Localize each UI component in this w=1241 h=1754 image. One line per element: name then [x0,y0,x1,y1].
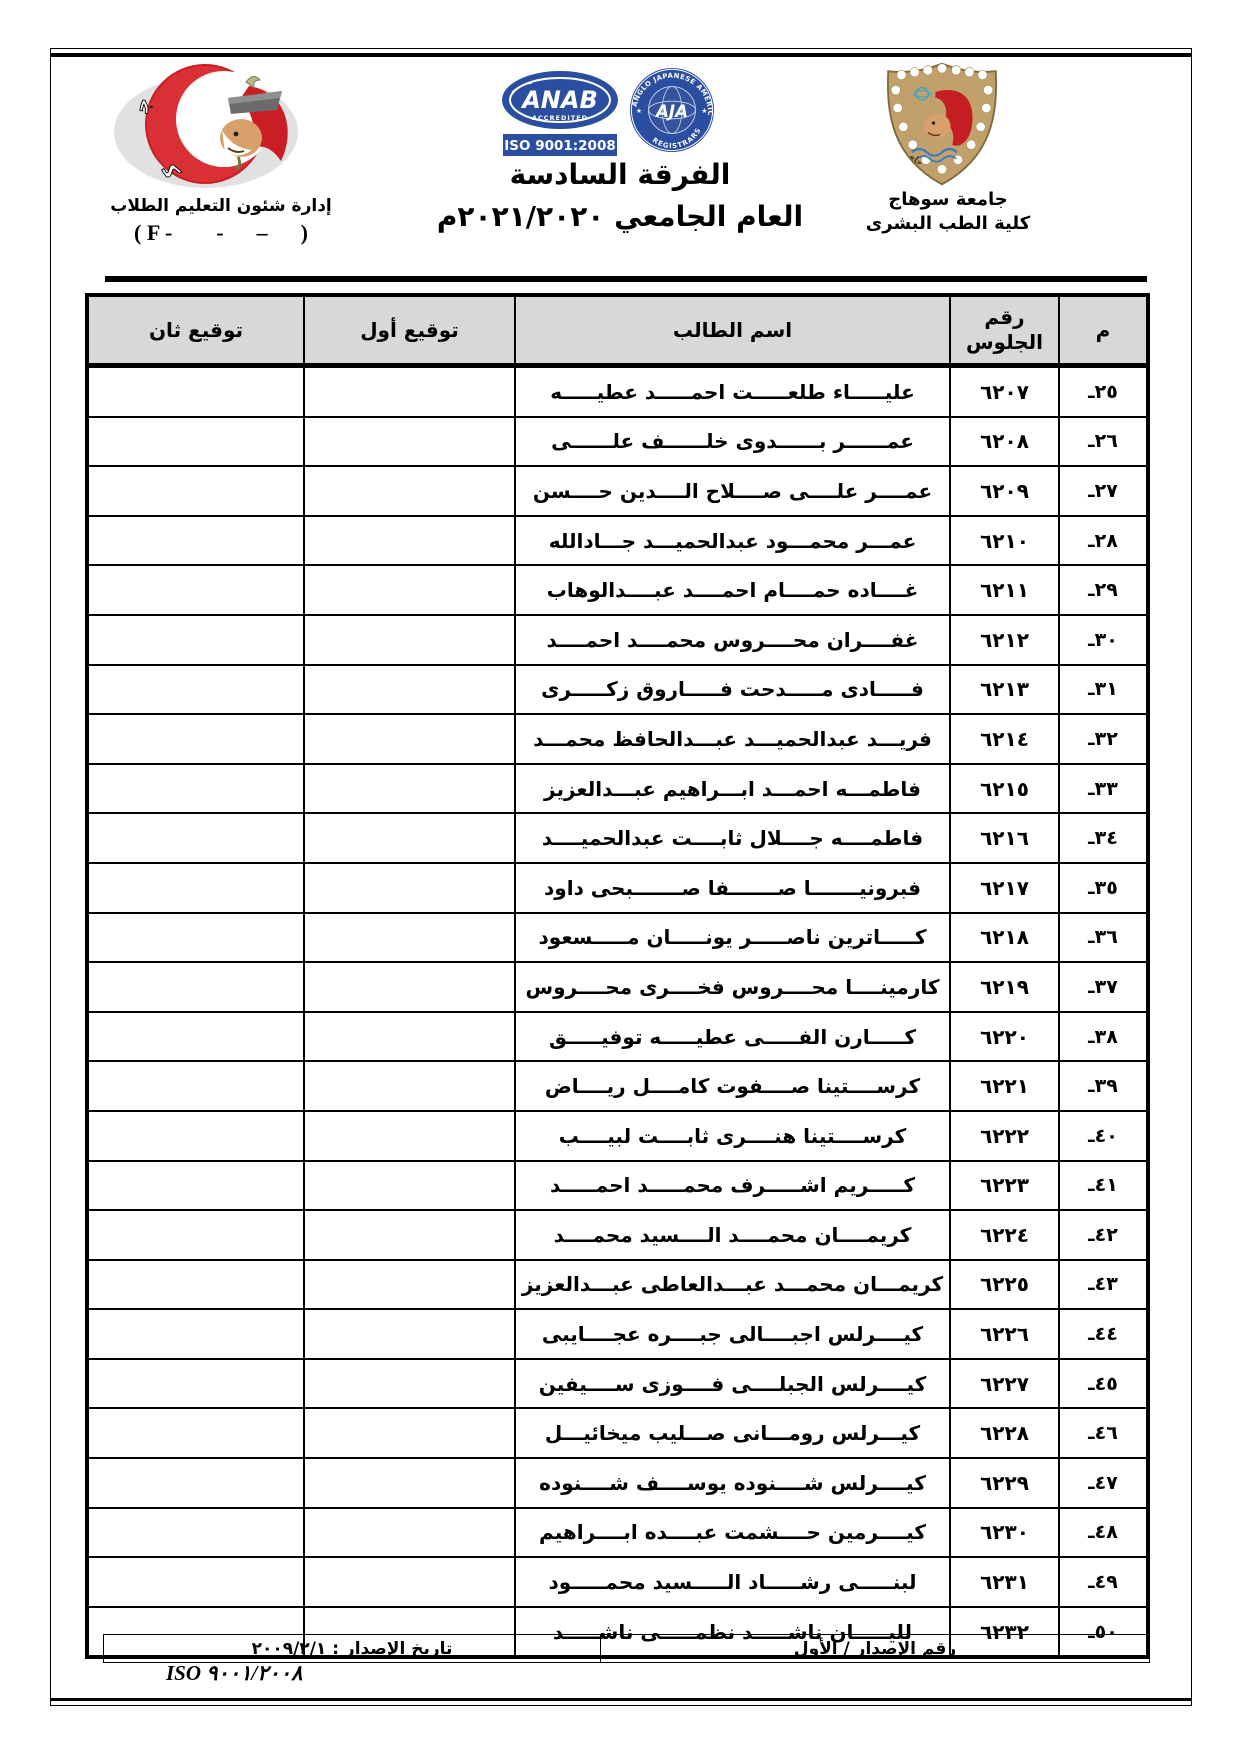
name-cell: فريـــد عبدالحميـــد عبـــدالحافظ محمـــ… [515,714,950,764]
col-header-index: م [1059,295,1148,366]
seat-cell: ٦٢٢٢ [950,1111,1059,1161]
sig2-cell [87,1260,304,1310]
table-header-row: م رقم الجلوس اسم الطالب توقيع أول توقيع … [87,295,1148,366]
index-cell: ٤٦ـ [1059,1408,1148,1458]
seat-cell: ٦٢١٧ [950,863,1059,913]
name-cell: كارمينــــا محــــروس فخــــرى محــــروس [515,962,950,1012]
table-row: ٢٥ـ٦٢٠٧عليـــــاء طلعـــــت احمـــــد عط… [87,366,1148,417]
sig1-cell [304,1161,515,1211]
sig2-cell [87,1309,304,1359]
sig2-cell [87,366,304,417]
sig2-cell [87,417,304,467]
sig2-cell [87,1161,304,1211]
sig2-cell [87,863,304,913]
sig2-cell [87,1458,304,1508]
sig2-cell [87,1012,304,1062]
anab-iso-label: ISO 9001:2008 [504,138,615,154]
seat-cell: ٦٢٢٧ [950,1359,1059,1409]
col-header-seat-number: رقم الجلوس [950,295,1059,366]
seat-cell: ٦٢١١ [950,565,1059,615]
name-cell: كيــــرلس اجبــــالى جبــــره عجــــايبى [515,1309,950,1359]
index-cell: ٤١ـ [1059,1161,1148,1211]
seat-cell: ٦٢٠٩ [950,466,1059,516]
seat-cell: ٦٢٠٨ [950,417,1059,467]
index-cell: ٣٨ـ [1059,1012,1148,1062]
sig1-cell [304,1458,515,1508]
table-row: ٣٥ـ٦٢١٧فبرونيـــــــا صـــــــفا صــــــ… [87,863,1148,913]
name-cell: كيـــرلس رومـــانى صـــليب ميخائيـــل [515,1408,950,1458]
seat-cell: ٦٢٣١ [950,1557,1059,1607]
sig1-cell [304,615,515,665]
sig2-cell [87,714,304,764]
table-row: ٣٢ـ٦٢١٤فريـــد عبدالحميـــد عبـــدالحافظ… [87,714,1148,764]
seat-cell: ٦٢١٢ [950,615,1059,665]
name-cell: غــــاده حمــــام احمــــد عبــــدالوهاب [515,565,950,615]
sig1-cell [304,1061,515,1111]
svg-text:★: ★ [636,107,642,115]
sig1-cell [304,714,515,764]
name-cell: فاطمــــه جــــلال ثابــــت عبدالحميــــ… [515,813,950,863]
index-cell: ٢٨ـ [1059,516,1148,566]
index-cell: ٤٩ـ [1059,1557,1148,1607]
index-cell: ٤٧ـ [1059,1458,1148,1508]
name-cell: كـــــارن الفـــــى عطيـــــه توفيـــــق [515,1012,950,1062]
index-cell: ٤٢ـ [1059,1210,1148,1260]
name-cell: كـــــريم اشـــــرف محمـــــد احمـــــد [515,1161,950,1211]
seat-cell: ٦٢٢٤ [950,1210,1059,1260]
grade-title: الفرقة السادسة [420,158,820,191]
name-cell: كـــــاترين ناصـــــر يونـــــان مـــــس… [515,913,950,963]
faculty-name: كلية الطب البشرى [858,212,1038,236]
index-cell: ٣٥ـ [1059,863,1148,913]
index-cell: ٤٨ـ [1059,1508,1148,1558]
name-cell: غفــــران محــــروس محمــــد احمــــد [515,615,950,665]
sig1-cell [304,1260,515,1310]
seat-cell: ٦٢١٣ [950,665,1059,715]
sig2-cell [87,665,304,715]
seat-cell: ٦٢١٠ [950,516,1059,566]
seat-cell: ٦٢١٨ [950,913,1059,963]
sig2-cell [87,1061,304,1111]
footer-table: رقم الإصدار / الأول تاريخ الإصدار : ٢٠٠٩… [103,1634,1150,1663]
index-cell: ٤٤ـ [1059,1309,1148,1359]
sig1-cell [304,366,515,417]
sig1-cell [304,665,515,715]
table-row: ٤٢ـ٦٢٢٤كريمــــان محمــــد الــــسيد محم… [87,1210,1148,1260]
index-cell: ٤٠ـ [1059,1111,1148,1161]
table-row: ٤٦ـ٦٢٢٨كيـــرلس رومـــانى صـــليب ميخائي… [87,1408,1148,1458]
name-cell: كيــــرلس شــــنوده يوســــف شــــنوده [515,1458,950,1508]
name-cell: فـــــادى مـــــدحت فـــــاروق زكـــــرى [515,665,950,715]
name-cell: عليـــــاء طلعـــــت احمـــــد عطيـــــه [515,366,950,417]
sig2-cell [87,1111,304,1161]
table-row: ٤٣ـ٦٢٢٥كريمـــان محمـــد عبـــدالعاطى عب… [87,1260,1148,1310]
seat-cell: ٦٢٠٧ [950,366,1059,417]
sig1-cell [304,1111,515,1161]
index-cell: ٢٥ـ [1059,366,1148,417]
footer-row: رقم الإصدار / الأول تاريخ الإصدار : ٢٠٠٩… [104,1635,1150,1663]
sig2-cell [87,913,304,963]
table-row: ٤٥ـ٦٢٢٧كيــــرلس الجبلــــى فــــوزى ســ… [87,1359,1148,1409]
seat-cell: ٦٢١٩ [950,962,1059,1012]
sig2-cell [87,466,304,516]
seat-cell: ٦٢٢٨ [950,1408,1059,1458]
sig1-cell [304,466,515,516]
seat-cell: ٦٢٣٠ [950,1508,1059,1558]
name-cell: كرســــتينا هنــــرى ثابــــت لبيــــب [515,1111,950,1161]
index-cell: ٢٧ـ [1059,466,1148,516]
name-cell: كريمــــان محمــــد الــــسيد محمــــد [515,1210,950,1260]
table-row: ٣٦ـ٦٢١٨كـــــاترين ناصـــــر يونـــــان … [87,913,1148,963]
name-cell: فبرونيـــــــا صـــــــفا صـــــــبحى دا… [515,863,950,913]
svg-text:★: ★ [701,107,707,115]
table-row: ٤٠ـ٦٢٢٢كرســــتينا هنــــرى ثابــــت لبي… [87,1111,1148,1161]
index-cell: ٣٧ـ [1059,962,1148,1012]
name-cell: كيــــرلس الجبلــــى فــــوزى ســــيفين [515,1359,950,1409]
sig2-cell [87,1557,304,1607]
sig1-cell [304,813,515,863]
sig1-cell [304,913,515,963]
sig2-cell [87,1210,304,1260]
index-cell: ٤٣ـ [1059,1260,1148,1310]
table-row: ٢٧ـ٦٢٠٩عمــــر علــــى صــــلاح الــــدي… [87,466,1148,516]
name-cell: كيــــرمين حــــشمت عبــــده ابــــراهيم [515,1508,950,1558]
name-cell: عمــــر علــــى صــــلاح الــــدين حــــ… [515,466,950,516]
university-shield-logo-icon: جامعة سوهاج [878,58,1006,190]
sig2-cell [87,813,304,863]
index-cell: ٣٤ـ [1059,813,1148,863]
sig1-cell [304,1309,515,1359]
sig2-cell [87,1508,304,1558]
seat-cell: ٦٢١٦ [950,813,1059,863]
table-row: ٢٦ـ٦٢٠٨عمــــــر بــــــدوى خلــــــف عل… [87,417,1148,467]
table-row: ٣٠ـ٦٢١٢غفــــران محــــروس محمــــد احمـ… [87,615,1148,665]
table-row: ٤٤ـ٦٢٢٦كيــــرلس اجبــــالى جبــــره عجـ… [87,1309,1148,1359]
table-row: ٣٨ـ٦٢٢٠كـــــارن الفـــــى عطيـــــه توف… [87,1012,1148,1062]
sig1-cell [304,1557,515,1607]
index-cell: ٣١ـ [1059,665,1148,715]
table-row: ٤٨ـ٦٢٣٠كيــــرمين حــــشمت عبــــده ابــ… [87,1508,1148,1558]
table-row: ٤١ـ٦٢٢٣كـــــريم اشـــــرف محمـــــد احم… [87,1161,1148,1211]
student-rows: ٢٥ـ٦٢٠٧عليـــــاء طلعـــــت احمـــــد عط… [87,366,1148,1658]
sig1-cell [304,516,515,566]
issue-date-label: تاريخ الإصدار : ٢٠٠٩/٢/١ [104,1635,601,1663]
sig1-cell [304,1359,515,1409]
table-row: ٢٩ـ٦٢١١غــــاده حمــــام احمــــد عبــــ… [87,565,1148,615]
svg-text:AJA: AJA [654,102,688,121]
index-cell: ٢٦ـ [1059,417,1148,467]
sig2-cell [87,565,304,615]
seat-cell: ٦٢٢٠ [950,1012,1059,1062]
iso-standard-label: ISO ٩٠٠١/٢٠٠٨ [166,1661,406,1686]
issue-number-label: رقم الإصدار / الأول [601,1635,1150,1663]
seat-cell: ٦٢٢٥ [950,1260,1059,1310]
academic-year-title: العام الجامعي ٢٠٢١/٢٠٢٠م [380,200,860,233]
index-cell: ٢٩ـ [1059,565,1148,615]
aja-registrars-icon: AJA ANGLO JAPANESE AMERICAN REGISTRARS ★… [628,66,716,154]
sig2-cell [87,1408,304,1458]
page: جامعة سوهاج كلية الطب ANAB ACCREDITED IS… [0,0,1241,1754]
anab-accreditation-icon: ANAB ACCREDITED ISO 9001:2008 [498,70,626,170]
table-row: ٤٧ـ٦٢٢٩كيــــرلس شــــنوده يوســــف شـــ… [87,1458,1148,1508]
index-cell: ٣٦ـ [1059,913,1148,963]
sig2-cell [87,1359,304,1409]
sig2-cell [87,764,304,814]
col-header-first-signature: توقيع أول [304,295,515,366]
sig1-cell [304,863,515,913]
form-code: ( F - - – ) [96,220,346,246]
university-name-block: جامعة سوهاج كلية الطب البشرى [858,188,1038,237]
table-row: ٣٤ـ٦٢١٦فاطمــــه جــــلال ثابــــت عبدال… [87,813,1148,863]
seat-cell: ٦٢٢٦ [950,1309,1059,1359]
name-cell: كريمـــان محمـــد عبـــدالعاطى عبـــدالع… [515,1260,950,1310]
name-cell: لبنـــــى رشـــــاد الـــــسيد محمـــــو… [515,1557,950,1607]
sig1-cell [304,1012,515,1062]
sig2-cell [87,962,304,1012]
table-row: ٣١ـ٦٢١٣فـــــادى مـــــدحت فـــــاروق زك… [87,665,1148,715]
col-header-second-signature: توقيع ثان [87,295,304,366]
index-cell: ٣٠ـ [1059,615,1148,665]
sig1-cell [304,764,515,814]
seat-cell: ٦٢١٤ [950,714,1059,764]
attendance-table: م رقم الجلوس اسم الطالب توقيع أول توقيع … [85,293,1150,1659]
index-cell: ٣٢ـ [1059,714,1148,764]
header-divider-rule [105,276,1147,282]
department-name: إدارة شئون التعليم الطلاب [96,196,346,216]
table-row: ٣٧ـ٦٢١٩كارمينــــا محــــروس فخــــرى مح… [87,962,1148,1012]
seat-cell: ٦٢٢٣ [950,1161,1059,1211]
seat-cell: ٦٢٢١ [950,1061,1059,1111]
sig2-cell [87,516,304,566]
faculty-crescent-logo-icon: جامعة سوهاج كلية الطب [100,58,325,193]
name-cell: فاطمـــه احمـــد ابـــراهيم عبـــدالعزيز [515,764,950,814]
index-cell: ٤٥ـ [1059,1359,1148,1409]
index-cell: ٣٣ـ [1059,764,1148,814]
index-cell: ٣٩ـ [1059,1061,1148,1111]
sig1-cell [304,1408,515,1458]
sig1-cell [304,417,515,467]
name-cell: عمــــــر بــــــدوى خلــــــف علــــــى [515,417,950,467]
sig1-cell [304,1508,515,1558]
table-row: ٢٨ـ٦٢١٠عمـــر محمـــود عبدالحميـــد جـــ… [87,516,1148,566]
seat-cell: ٦٢٢٩ [950,1458,1059,1508]
sig1-cell [304,565,515,615]
frame-top-rule [51,53,1191,57]
seat-cell: ٦٢١٥ [950,764,1059,814]
svg-text:ACCREDITED: ACCREDITED [532,114,588,122]
col-header-student-name: اسم الطالب [515,295,950,366]
name-cell: عمـــر محمـــود عبدالحميـــد جـــادالله [515,516,950,566]
sig1-cell [304,1210,515,1260]
svg-text:ANAB: ANAB [520,86,598,114]
sig2-cell [87,615,304,665]
sig1-cell [304,962,515,1012]
university-name: جامعة سوهاج [858,188,1038,212]
table-row: ٣٩ـ٦٢٢١كرســــتينا صــــفوت كامــــل ريـ… [87,1061,1148,1111]
table-row: ٣٣ـ٦٢١٥فاطمـــه احمـــد ابـــراهيم عبـــ… [87,764,1148,814]
frame-bottom-rule [51,1698,1191,1702]
name-cell: كرســــتينا صــــفوت كامــــل ريــــاض [515,1061,950,1111]
table-row: ٤٩ـ٦٢٣١لبنـــــى رشـــــاد الـــــسيد مح… [87,1557,1148,1607]
